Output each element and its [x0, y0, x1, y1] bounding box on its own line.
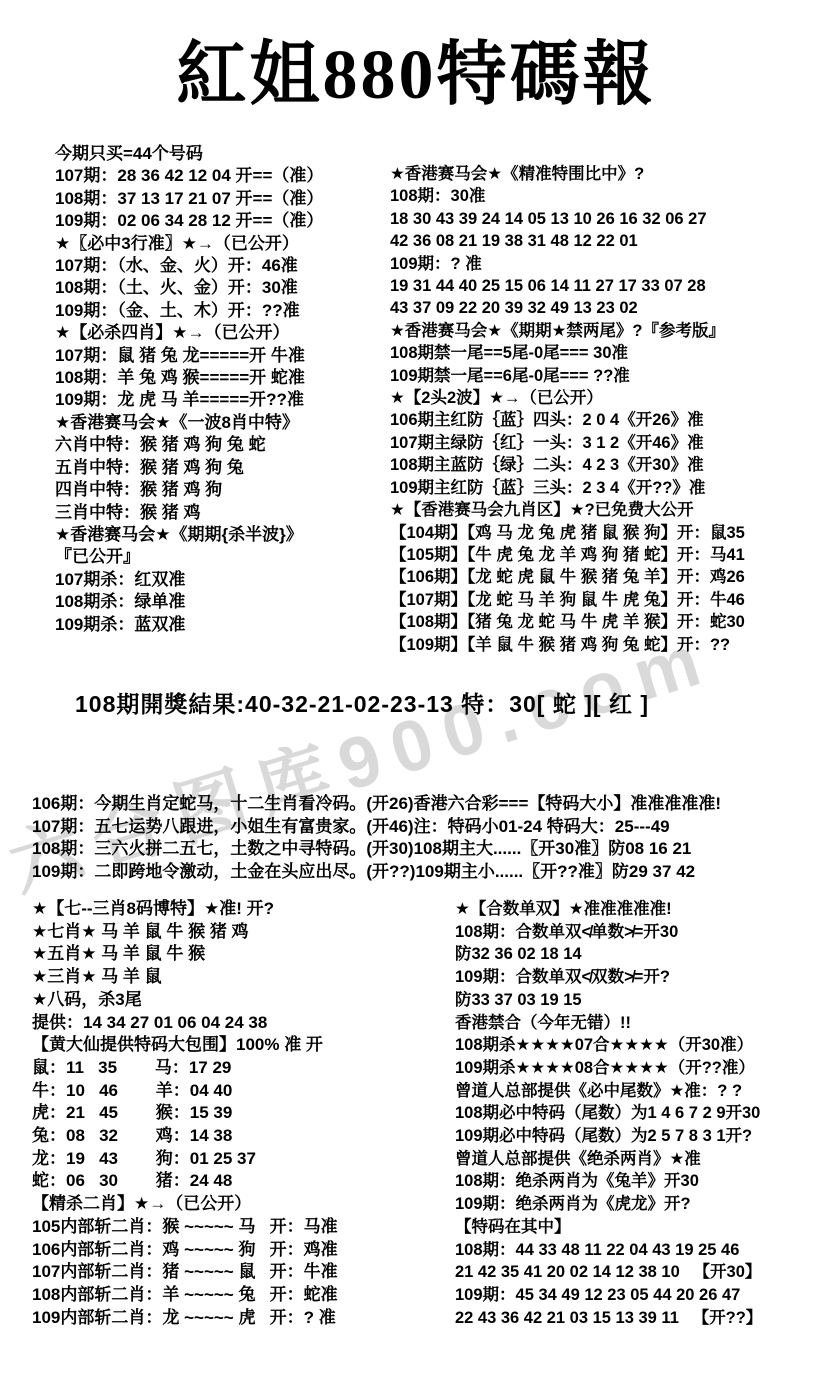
text-line: 鼠：11 35 马：17 29	[32, 1057, 452, 1080]
text-line: 108期：三六火拼二五七，土数之中寻特码。(开30)108期主大......〖开…	[32, 838, 824, 861]
draw-results-banner: 108期開獎結果:40-32-21-02-23-13 特：30[ 蛇 ][ 红 …	[75, 686, 795, 719]
text-line: 108期：44 33 48 11 22 04 43 19 25 46	[455, 1239, 832, 1262]
text-line: 109期主红防｛蓝｝三头：2 3 4《开??》准	[390, 477, 830, 499]
text-line: 虎：21 45 猴：15 39	[32, 1102, 452, 1125]
text-line: 【精杀二肖】★→（已公开）	[32, 1193, 452, 1216]
text-line: 108期杀：绿单准	[55, 591, 395, 613]
text-line: ★【必杀四肖】★→（已公开）	[55, 322, 395, 344]
text-line: 【106期】【龙 蛇 虎 鼠 牛 猴 猪 兔 羊】开：鸡26	[390, 566, 830, 588]
verses-section: 106期：今期生肖定蛇马，十二生肖看冷码。(开26)香港六合彩===【特码大小】…	[32, 793, 824, 883]
text-line: ★【香港赛马会九肖区】★?已免费大公开	[390, 499, 830, 521]
text-line: 22 43 36 42 21 03 15 13 39 11 【开??】	[455, 1307, 832, 1330]
text-line: 19 31 44 40 25 15 06 14 11 27 17 33 07 2…	[390, 275, 830, 297]
text-line: 【108期】【猪 兔 龙 蛇 马 牛 虎 羊 猴】开：蛇30	[390, 611, 830, 633]
text-line: 109期：二即跨地令激动，土金在头应出尽。(开??)109期主小......〖开…	[32, 861, 824, 884]
text-line: 107期：28 36 42 12 04 开==（准）	[55, 165, 395, 187]
text-line: 109期：02 06 34 28 12 开==（准）	[55, 210, 395, 232]
text-line: 曾道人总部提供《绝杀两肖》★准	[455, 1148, 832, 1171]
text-line: 109期禁一尾==6尾-0尾=== ??准	[390, 365, 830, 387]
text-line: ★香港赛马会★《精准特围比中》?	[390, 163, 830, 185]
text-line: 109期：龙 虎 马 羊=====开??准	[55, 389, 395, 411]
text-line: 106内部斩二肖：鸡 ~~~~~ 狗 开：鸡准	[32, 1239, 452, 1262]
text-line: 108期：绝杀两肖为《兔羊》开30	[455, 1170, 832, 1193]
text-line: 【特码在其中】	[455, 1216, 832, 1239]
bottom-right-column: ★【合数单双】★准准准准准!108期：合数单双≮单数≯=开30防32 36 02…	[455, 898, 832, 1329]
text-line: 109期：? 准	[390, 253, 830, 275]
text-line: 108期：37 13 17 21 07 开==（准）	[55, 188, 395, 210]
text-line: 【105期】【牛 虎 兔 龙 羊 鸡 狗 猪 蛇】开：马41	[390, 544, 830, 566]
text-line: ★五肖★ 马 羊 鼠 牛 猴	[32, 943, 452, 966]
text-line: 蛇：06 30 猪：24 48	[32, 1170, 452, 1193]
text-line: 兔：08 32 鸡：14 38	[32, 1125, 452, 1148]
newspaper-page: 六合图库900.com 紅姐880特碼報 今期只买=44个号码107期：28 3…	[0, 0, 832, 1388]
text-line: ★香港赛马会★《期期★禁两尾》?『参考版』	[390, 320, 830, 342]
text-line: 香港禁合（今年无错）!!	[455, 1012, 832, 1035]
text-line: 108内部斩二肖：羊 ~~~~~ 兔 开：蛇准	[32, 1284, 452, 1307]
text-line: 109期：45 34 49 12 23 05 44 20 26 47	[455, 1284, 832, 1307]
text-line: 42 36 08 21 19 38 31 48 12 22 01	[390, 230, 830, 252]
text-line: 牛：10 46 羊：04 40	[32, 1080, 452, 1103]
text-line: 108期：合数单双≮单数≯=开30	[455, 921, 832, 944]
text-line: 108期：30准	[390, 185, 830, 207]
text-line: 三肖中特：猴 猪 鸡	[55, 502, 395, 524]
text-line: 107期：五七运势八跟进，小姐生有富贵家。(开46)注：特码小01-24 特码大…	[32, 816, 824, 839]
text-line: ★香港赛马会★《期期{杀半波}》	[55, 524, 395, 546]
text-line: 106期主红防｛蓝｝四头：2 0 4《开26》准	[390, 409, 830, 431]
text-line: 109期：（金、土、木）开：??准	[55, 300, 395, 322]
text-line: ★三肖★ 马 羊 鼠	[32, 966, 452, 989]
text-line: 109内部斩二肖：龙 ~~~~~ 虎 开：? 准	[32, 1307, 452, 1330]
text-line: 108期必中特码（尾数）为1 4 6 7 2 9开30	[455, 1102, 832, 1125]
text-line: ★七肖★ 马 羊 鼠 牛 猴 猪 鸡	[32, 921, 452, 944]
bottom-left-column: ★【七--三肖8码博特】★准! 开?★七肖★ 马 羊 鼠 牛 猴 猪 鸡★五肖★…	[32, 898, 452, 1329]
text-line: 109期杀：蓝双准	[55, 614, 395, 636]
text-line: ★八码，杀3尾	[32, 989, 452, 1012]
text-line: ★【2头2波】★→（已公开）	[390, 387, 830, 409]
text-line: 107内部斩二肖：猪 ~~~~~ 鼠 开：牛准	[32, 1261, 452, 1284]
text-line: 曾道人总部提供《必中尾数》★准：? ?	[455, 1080, 832, 1103]
text-line: 21 42 35 41 20 02 14 12 38 10 【开30】	[455, 1261, 832, 1284]
page-title: 紅姐880特碼報	[0, 18, 832, 119]
text-line: 18 30 43 39 24 14 05 13 10 26 16 32 06 2…	[390, 208, 830, 230]
text-line: 108期杀★★★★07合★★★★（开30准）	[455, 1034, 832, 1057]
text-line: 109期：绝杀两肖为《虎龙》开?	[455, 1193, 832, 1216]
text-line: 四肖中特：猴 猪 鸡 狗	[55, 479, 395, 501]
text-line: 防32 36 02 18 14	[455, 943, 832, 966]
top-right-column: ★香港赛马会★《精准特围比中》?108期：30准18 30 43 39 24 1…	[390, 163, 830, 656]
text-line: ★〖必中3行准〗★→（已公开）	[55, 233, 395, 255]
text-line: 六肖中特：猴 猪 鸡 狗 兔 蛇	[55, 434, 395, 456]
text-line: 109期：合数单双≮双数≯=开?	[455, 966, 832, 989]
text-line: ★【合数单双】★准准准准准!	[455, 898, 832, 921]
text-line: 108期禁一尾==5尾-0尾=== 30准	[390, 342, 830, 364]
text-line: 109期杀★★★★08合★★★★（开??准）	[455, 1057, 832, 1080]
text-line: 防33 37 03 19 15	[455, 989, 832, 1012]
text-line: 提供：14 34 27 01 06 04 24 38	[32, 1012, 452, 1035]
text-line: 105内部斩二肖：猴 ~~~~~ 马 开：马准	[32, 1216, 452, 1239]
text-line: 【109期】【羊 鼠 牛 猴 猪 鸡 狗 兔 蛇】开：??	[390, 634, 830, 656]
text-line: 109期必中特码（尾数）为2 5 7 8 3 1开?	[455, 1125, 832, 1148]
text-line: 【107期】【龙 蛇 马 羊 狗 鼠 牛 虎 兔】开：牛46	[390, 589, 830, 611]
text-line: 107期：鼠 猪 兔 龙=====开 牛准	[55, 345, 395, 367]
text-line: 43 37 09 22 20 39 32 49 13 23 02	[390, 297, 830, 319]
text-line: 【黄大仙提供特码大包围】100% 准 开	[32, 1034, 452, 1057]
text-line: 【104期】【鸡 马 龙 兔 虎 猪 鼠 猴 狗】开：鼠35	[390, 522, 830, 544]
text-line: 107期：（水、金、火）开：46准	[55, 255, 395, 277]
text-line: ★香港赛马会★《一波8肖中特》	[55, 412, 395, 434]
text-line: ★【七--三肖8码博特】★准! 开?	[32, 898, 452, 921]
text-line: 108期主蓝防｛绿｝二头：4 2 3《开30》准	[390, 454, 830, 476]
text-line: 106期：今期生肖定蛇马，十二生肖看冷码。(开26)香港六合彩===【特码大小】…	[32, 793, 824, 816]
text-line: 今期只买=44个号码	[55, 143, 395, 165]
text-line: 108期：羊 兔 鸡 猴=====开 蛇准	[55, 367, 395, 389]
text-line: 107期杀：红双准	[55, 569, 395, 591]
text-line: 五肖中特：猴 猪 鸡 狗 兔	[55, 457, 395, 479]
text-line: 『已公开』	[55, 546, 395, 568]
text-line: 107期主绿防｛红｝一头：3 1 2《开46》准	[390, 432, 830, 454]
top-left-column: 今期只买=44个号码107期：28 36 42 12 04 开==（准）108期…	[55, 143, 395, 636]
text-line: 龙：19 43 狗：01 25 37	[32, 1148, 452, 1171]
text-line: 108期：（土、火、金）开：30准	[55, 277, 395, 299]
